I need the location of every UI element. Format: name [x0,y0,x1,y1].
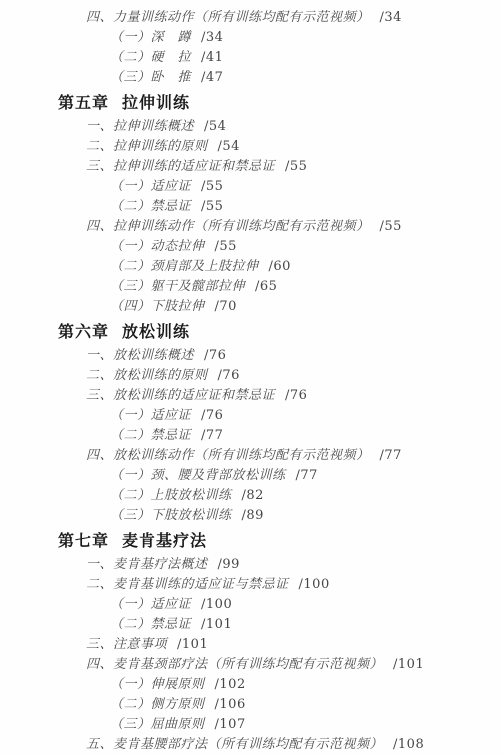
entry-text: （一）深 蹲 [110,30,191,45]
toc-entry-level1: 一、麦肯基疗法概述/99 [0,555,501,575]
entry-page-number: /101 [393,657,424,672]
entry-page-number: /76 [201,408,223,423]
entry-page-number: /54 [218,139,240,154]
entry-text: 五、麦肯基腰部疗法（所有训练均配有示范视频） [86,737,383,752]
entry-text: 二、麦肯基训练的适应证与禁忌证 [86,577,289,592]
entry-text: 四、麦肯基颈部疗法（所有训练均配有示范视频） [86,657,383,672]
toc-entry-level2: （三）下肢放松训练/89 [0,506,501,526]
entry-text: （一）伸展原则 [110,677,205,692]
toc-entry-level2: （二）侧方原则/106 [0,695,501,715]
entry-page-number: /100 [299,577,330,592]
entry-page-number: /100 [201,597,232,612]
entry-text: （一）适应证 [110,597,191,612]
toc-entry-level2: （一）深 蹲/34 [0,28,501,48]
toc-entry-level2: （二）禁忌证/101 [0,615,501,635]
toc-entry-level2: （四）下肢拉伸/70 [0,297,501,317]
entry-page-number: /65 [255,279,277,294]
entry-page-number: /107 [215,717,246,732]
entry-text: 四、拉伸训练动作（所有训练均配有示范视频） [86,219,370,234]
toc-entry-level1: 四、拉伸训练动作（所有训练均配有示范视频）/55 [0,217,501,237]
toc-entry-level2: （一）适应证/100 [0,595,501,615]
entry-text: （四）下肢拉伸 [110,299,205,314]
entry-text: （二）侧方原则 [110,697,205,712]
entry-page-number: /89 [242,508,264,523]
entry-page-number: /47 [201,70,223,85]
entry-page-number: /55 [201,179,223,194]
entry-text: 二、放松训练的原则 [86,368,208,383]
toc-entry-level1: 二、麦肯基训练的适应证与禁忌证/100 [0,575,501,595]
toc-entry-level2: （二）硬 拉/41 [0,48,501,68]
toc-entry-level1: 四、放松训练动作（所有训练均配有示范视频）/77 [0,446,501,466]
entry-text: （二）硬 拉 [110,50,191,65]
entry-text: （二）禁忌证 [110,428,191,443]
toc-entry-level2: （二）禁忌证/77 [0,426,501,446]
toc-entry-level1: 三、放松训练的适应证和禁忌证/76 [0,386,501,406]
toc-entry-level2: （二）上肢放松训练/82 [0,486,501,506]
toc-entry-level2: （一）适应证/76 [0,406,501,426]
toc-entry-level2: （三）躯干及髋部拉伸/65 [0,277,501,297]
toc-entry-level1: 五、麦肯基腰部疗法（所有训练均配有示范视频）/108 [0,735,501,755]
entry-page-number: /55 [215,239,237,254]
entry-page-number: /34 [201,30,223,45]
entry-page-number: /34 [380,10,402,25]
entry-text: （三）卧 推 [110,70,191,85]
entry-text: （一）适应证 [110,179,191,194]
toc-entry-level1: 一、放松训练概述/76 [0,346,501,366]
entry-text: 三、放松训练的适应证和禁忌证 [86,388,275,403]
entry-text: 四、放松训练动作（所有训练均配有示范视频） [86,448,370,463]
chapter-number: 第六章 [58,322,109,341]
entry-text: （三）下肢放松训练 [110,508,232,523]
entry-text: （二）上肢放松训练 [110,488,232,503]
chapter-title: 放松训练 [122,322,190,341]
entry-text: （一）适应证 [110,408,191,423]
entry-page-number: /82 [242,488,264,503]
toc-entry-level1: 二、拉伸训练的原则/54 [0,137,501,157]
toc-entry-level1: 二、放松训练的原则/76 [0,366,501,386]
toc-entry-level1: 三、拉伸训练的适应证和禁忌证/55 [0,157,501,177]
entry-page-number: /77 [296,468,318,483]
entry-page-number: /77 [380,448,402,463]
toc-entry-level2: （一）适应证/55 [0,177,501,197]
entry-page-number: /60 [269,259,291,274]
entry-page-number: /55 [201,199,223,214]
entry-text: （一）颈、腰及背部放松训练 [110,468,286,483]
entry-text: （二）禁忌证 [110,617,191,632]
entry-page-number: /108 [393,737,424,752]
toc-entry-level1: 四、麦肯基颈部疗法（所有训练均配有示范视频）/101 [0,655,501,675]
toc-entry-level2: （一）动态拉伸/55 [0,237,501,257]
entry-page-number: /76 [204,348,226,363]
entry-page-number: /99 [218,557,240,572]
chapter-heading: 第六章放松训练 [0,320,501,344]
entry-page-number: /41 [201,50,223,65]
entry-page-number: /55 [380,219,402,234]
chapter-title: 拉伸训练 [122,93,190,112]
entry-text: 一、拉伸训练概述 [86,119,194,134]
entry-page-number: /101 [177,637,208,652]
entry-text: 一、放松训练概述 [86,348,194,363]
toc-entry-level1: 四、力量训练动作（所有训练均配有示范视频）/34 [0,8,501,28]
chapter-number: 第七章 [58,531,109,550]
entry-page-number: /54 [204,119,226,134]
table-of-contents: 四、力量训练动作（所有训练均配有示范视频）/34（一）深 蹲/34（二）硬 拉/… [0,0,501,755]
toc-entry-level2: （一）伸展原则/102 [0,675,501,695]
entry-page-number: /70 [215,299,237,314]
chapter-heading: 第五章拉伸训练 [0,91,501,115]
entry-page-number: /102 [215,677,246,692]
entry-text: （二）禁忌证 [110,199,191,214]
toc-entry-level1: 三、注意事项/101 [0,635,501,655]
chapter-number: 第五章 [58,93,109,112]
entry-text: 一、麦肯基疗法概述 [86,557,208,572]
entry-page-number: /101 [201,617,232,632]
entry-text: 三、拉伸训练的适应证和禁忌证 [86,159,275,174]
entry-page-number: /77 [201,428,223,443]
toc-entry-level1: 一、拉伸训练概述/54 [0,117,501,137]
entry-text: 四、力量训练动作（所有训练均配有示范视频） [86,10,370,25]
entry-page-number: /55 [285,159,307,174]
entry-text: 二、拉伸训练的原则 [86,139,208,154]
entry-text: （三）屈曲原则 [110,717,205,732]
entry-page-number: /106 [215,697,246,712]
entry-text: （三）躯干及髋部拉伸 [110,279,245,294]
entry-text: （一）动态拉伸 [110,239,205,254]
entry-text: 三、注意事项 [86,637,167,652]
toc-entry-level2: （二）颈肩部及上肢拉伸/60 [0,257,501,277]
toc-entry-level2: （三）卧 推/47 [0,68,501,88]
toc-entry-level2: （二）禁忌证/55 [0,197,501,217]
chapter-heading: 第七章麦肯基疗法 [0,529,501,553]
toc-entry-level2: （一）颈、腰及背部放松训练/77 [0,466,501,486]
entry-page-number: /76 [218,368,240,383]
entry-text: （二）颈肩部及上肢拉伸 [110,259,259,274]
toc-entry-level2: （三）屈曲原则/107 [0,715,501,735]
chapter-title: 麦肯基疗法 [122,531,207,550]
entry-page-number: /76 [285,388,307,403]
